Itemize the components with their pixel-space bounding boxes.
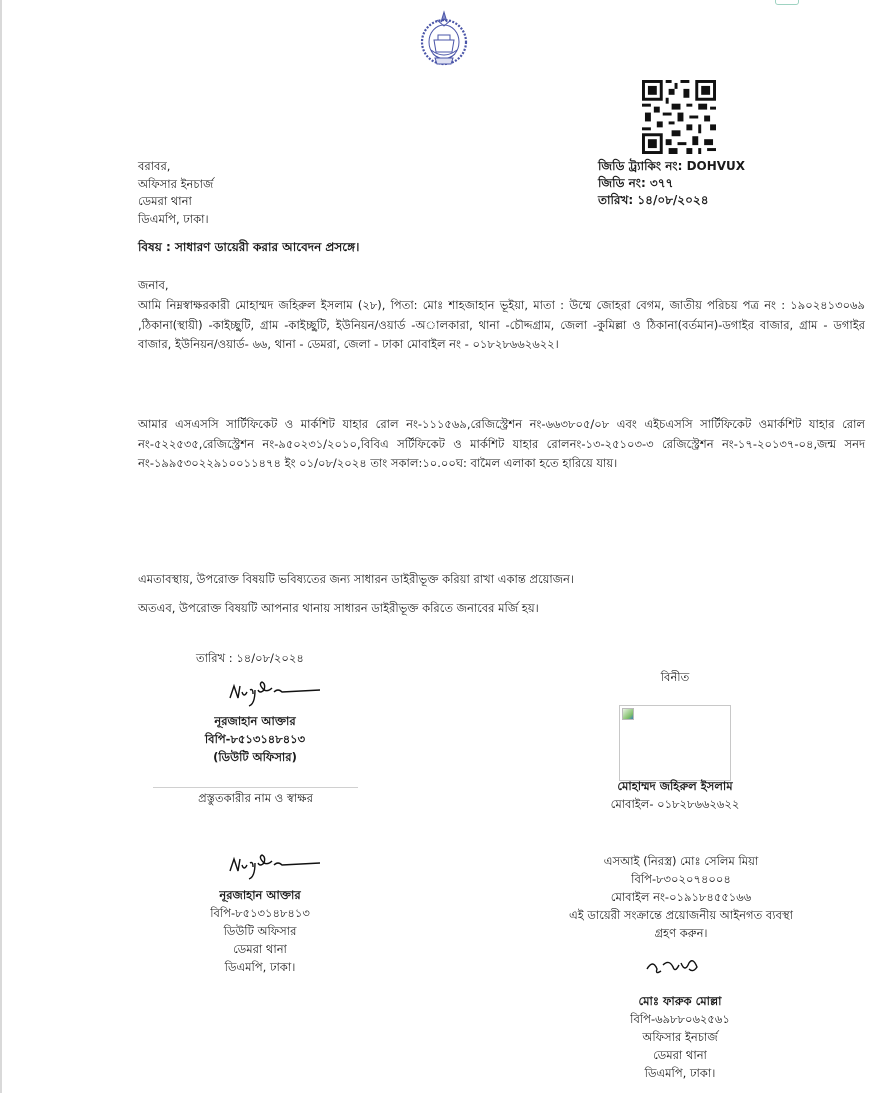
oc-station: ডেমরা থানা <box>590 1046 770 1064</box>
duty-officer-bp: বিপি-৮৫১৩১৪৮৪১৩ <box>180 904 340 922</box>
officer-in-charge-block: মোঃ ফারুক মোল্লা বিপি-৬৯৮৮০৬২৫৬১ অফিসার … <box>590 992 770 1082</box>
subject-line: বিষয় : সাধারণ ডায়েরী করার আবেদন প্রসঙ্… <box>138 239 359 259</box>
preparer-role: (ডিউটি অফিসার) <box>170 748 340 766</box>
gd-tracking-number: জিডি ট্র্যাকিং নং: DOHVUX <box>598 158 745 175</box>
duty-officer-name: নূরজাহান আক্তার <box>180 886 340 904</box>
broken-image-icon <box>622 708 634 720</box>
gd-tracking-block: জিডি ট্র্যাকিং নং: DOHVUX জিডি নং: ৩৭৭ ত… <box>598 158 745 209</box>
assigned-officer-instruction: গ্রহণ করুন। <box>535 924 827 942</box>
assigned-officer-name: এসআই (নিরস্ত্র) মোঃ সেলিম মিয়া <box>535 852 827 870</box>
corner-tab <box>775 0 799 5</box>
preparer-caption: প্রস্তুতকারীর নাম ও স্বাক্ষর <box>153 789 358 807</box>
body-paragraph-closing: অতএব, উপরোক্ত বিষয়টি আপনার থানায় সাধার… <box>138 599 865 619</box>
assigned-officer-mobile: মোবাইল নং-০১৯১৮৪৫৫১৬৬ <box>535 888 827 906</box>
applicant-mobile: মোবাইল- ০১৮২৮৬৬২৬২২ <box>575 795 775 813</box>
gd-date: তারিখ: ১৪/০৮/২০২৪ <box>598 192 745 209</box>
body-paragraph-request: এমতাবস্থায়, উপরোক্ত বিষয়টি ভবিষ্যতের জ… <box>138 570 865 590</box>
preparer-block: নূরজাহান আক্তার বিপি-৮৫১৩১৪৮৪১৩ (ডিউটি অ… <box>170 712 340 766</box>
preparer-bp: বিপি-৮৫১৩১৪৮৪১৩ <box>170 730 340 748</box>
oc-bp: বিপি-৬৯৮৮০৬২৫৬১ <box>590 1010 770 1028</box>
recipient-line: ডিএমপি, ঢাকা। <box>138 211 213 229</box>
body-paragraph-identity: আমি নিম্নস্বাক্ষরকারী মোহাম্মদ জহিরুল ইস… <box>138 296 865 355</box>
closing-word: বিনীত <box>630 668 720 686</box>
body-paragraph-lost-documents: আমার এসএসসি সার্টিফিকেট ও মার্কশিট যাহার… <box>138 415 865 474</box>
duty-officer-signature-icon <box>228 853 323 885</box>
applicant-name: মোহাম্মদ জহিরুল ইসলাম <box>575 777 775 795</box>
greeting: জনাব, <box>138 276 865 296</box>
oc-signature-icon <box>645 955 705 979</box>
applicant-signature-image <box>619 705 731 781</box>
recipient-line: অফিসার ইনচার্জ <box>138 176 213 194</box>
duty-officer-block: নূরজাহান আক্তার বিপি-৮৫১৩১৪৮৪১৩ ডিউটি অফ… <box>180 886 340 976</box>
page-edge <box>0 0 2 1093</box>
police-emblem-icon <box>417 8 471 68</box>
duty-officer-region: ডিএমপি, ঢাকা। <box>180 958 340 976</box>
duty-officer-role: ডিউটি অফিসার <box>180 922 340 940</box>
gd-number: জিডি নং: ৩৭৭ <box>598 175 745 192</box>
oc-name: মোঃ ফারুক মোল্লা <box>590 992 770 1010</box>
assigned-officer-block: এসআই (নিরস্ত্র) মোঃ সেলিম মিয়া বিপি-৮৩০… <box>535 852 827 942</box>
recipient-line: বরাবর, <box>138 158 213 176</box>
oc-region: ডিএমপি, ঢাকা। <box>590 1064 770 1082</box>
preparer-signature-icon <box>228 680 323 712</box>
duty-officer-station: ডেমরা থানা <box>180 940 340 958</box>
qr-code-icon <box>642 80 716 154</box>
recipient-address: বরাবর, অফিসার ইনচার্জ ডেমরা থানা ডিএমপি,… <box>138 158 213 228</box>
assigned-officer-bp: বিপি-৮৩০২০৭৪০০৪ <box>535 870 827 888</box>
footer-date: তারিখ : ১৪/০৮/২০২৪ <box>196 650 304 669</box>
recipient-line: ডেমরা থানা <box>138 193 213 211</box>
applicant-block: মোহাম্মদ জহিরুল ইসলাম মোবাইল- ০১৮২৮৬৬২৬২… <box>575 777 775 813</box>
assigned-officer-instruction: এই ডায়েরী সংক্রান্তে প্রয়োজনীয় আইনগত … <box>535 906 827 924</box>
oc-role: অফিসার ইনচার্জ <box>590 1028 770 1046</box>
preparer-name: নূরজাহান আক্তার <box>170 712 340 730</box>
signature-divider <box>153 787 358 788</box>
